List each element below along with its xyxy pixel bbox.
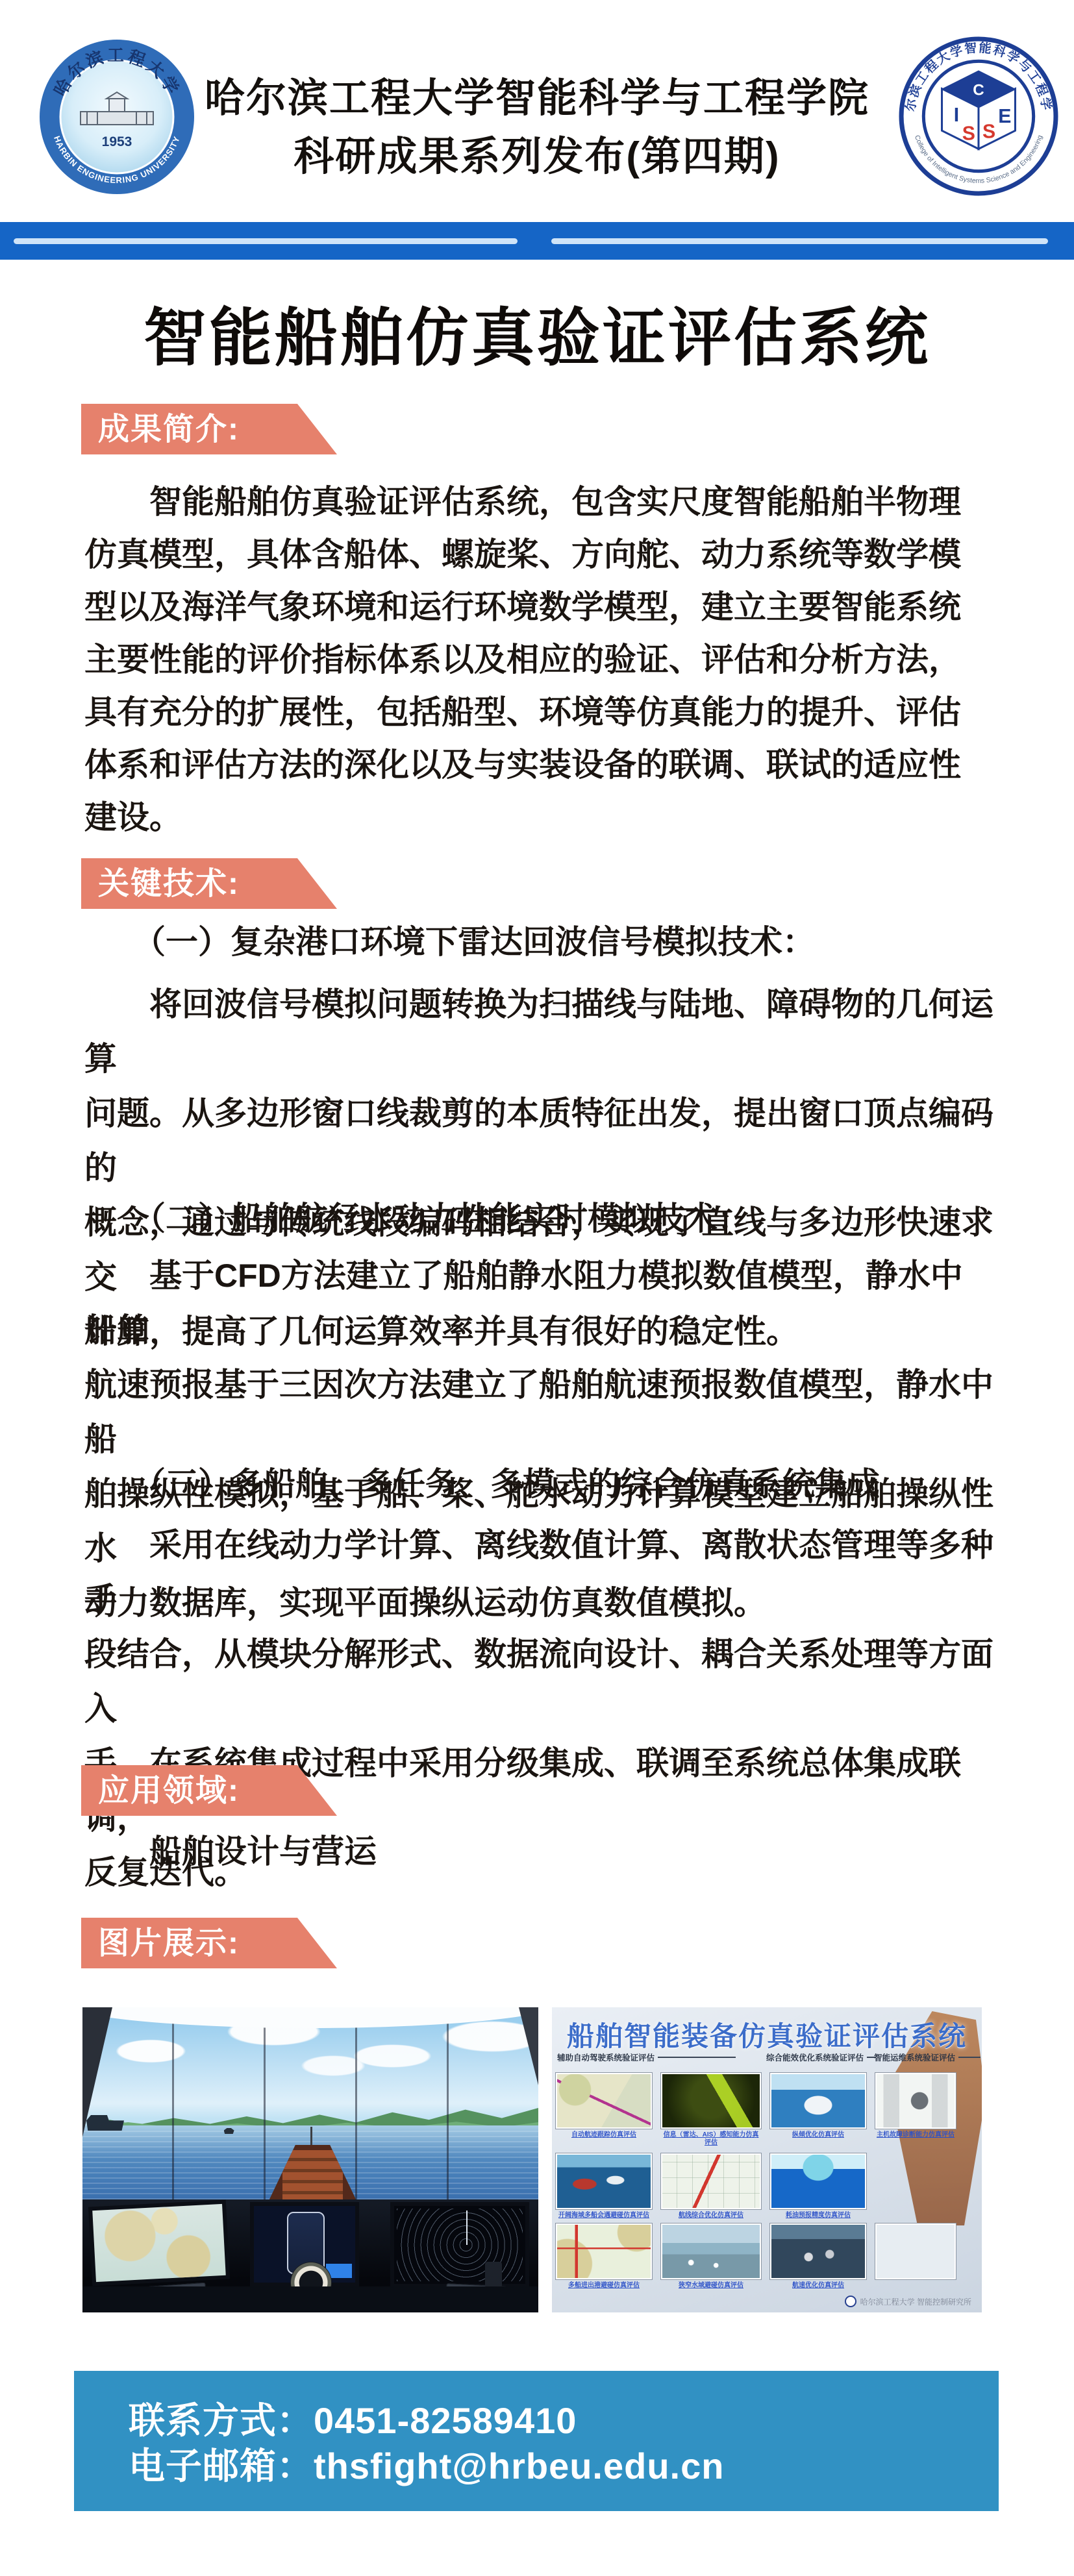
subposter-title: 船舶智能装备仿真验证评估系统	[552, 2015, 982, 2054]
poster-page: 哈尔滨工程大学 1953 HARBIN ENGINEERING UNIVERSI…	[0, 0, 1074, 2576]
thumb-cell: 开阔海域多船会遇避碰仿真评估	[555, 2153, 653, 2220]
screen-panel-seams	[82, 2007, 538, 2199]
empty-caption	[875, 2280, 956, 2282]
ships-at-sea-thumbnail	[555, 2153, 653, 2210]
thumbnail-caption: 航线综合优化仿真评估	[660, 2210, 762, 2220]
console-desk	[82, 2286, 538, 2312]
divider-line-left	[14, 238, 518, 244]
bridge-console	[82, 2199, 538, 2312]
thumb-cell: 主机故障诊断能力仿真评估	[875, 2072, 956, 2147]
thumbnail-caption: 主机故障诊断能力仿真评估	[875, 2129, 956, 2139]
tech-heading-1: （一）复杂港口环境下雷达回波信号模拟技术：	[84, 922, 993, 962]
harbor-chart-thumbnail	[555, 2223, 653, 2280]
subposter-column-header-1: 辅助自动驾驶系统验证评估	[557, 2051, 736, 2063]
empty-bordered-box	[875, 2223, 956, 2280]
harbor-photo-thumbnail	[660, 2223, 762, 2280]
background-gap	[875, 2153, 956, 2210]
ecdis-monitor	[88, 2200, 230, 2286]
bridge-simulator-photo	[82, 2007, 538, 2312]
section-label-key-tech: 关键技术:	[81, 858, 337, 909]
thumbnail-caption: 耗油预报精度仿真评估	[769, 2210, 867, 2220]
radar-rings	[397, 2209, 523, 2281]
cube-letter-s1: S	[962, 123, 975, 144]
section-label-intro: 成果简介:	[81, 404, 337, 454]
bracket-line	[658, 2057, 736, 2058]
thumb-cell: 航线综合优化仿真评估	[660, 2153, 762, 2220]
college-logo-icon: 哈尔滨工程大学智能科学与工程学院 College of Intelligent …	[899, 36, 1058, 196]
ship-deck-thumbnail	[769, 2223, 867, 2280]
chart-thumbnail	[555, 2072, 653, 2129]
subposter-row-1: 自动航迹跟踪仿真评估 信息（雷达、AIS）感知能力仿真评估 纵倾优化仿真评估 主…	[555, 2072, 979, 2147]
empty-caption	[875, 2210, 956, 2212]
subposter-column-header-3: 智能运维系统验证评估	[874, 2051, 980, 2063]
thumb-cell: 信息（雷达、AIS）感知能力仿真评估	[660, 2072, 762, 2147]
tech-heading-3: （三）多船舶、多任务、多模式的综合仿真系统集成	[84, 1464, 993, 1504]
ecdis-chart-screen	[92, 2204, 225, 2282]
college-logo: 哈尔滨工程大学智能科学与工程学院 College of Intelligent …	[899, 36, 1058, 196]
column-header-1-text: 辅助自动驾驶系统验证评估	[557, 2051, 655, 2063]
contact-phone: 联系方式：0451-82589410	[129, 2398, 999, 2444]
bracket-line	[958, 2057, 980, 2058]
radar-screen	[394, 2206, 525, 2284]
credit-text: 哈尔滨工程大学 智能控制研究所	[860, 2296, 971, 2307]
application-text: 船舶设计与营运	[84, 1826, 993, 1878]
thumbnail-caption: 航速优化仿真评估	[769, 2280, 867, 2290]
divider-band	[0, 222, 1074, 260]
thumbnail-caption: 信息（雷达、AIS）感知能力仿真评估	[660, 2129, 762, 2147]
cube-letter-i: I	[954, 105, 959, 126]
evaluation-system-subposter: 船舶智能装备仿真验证评估系统 辅助自动驾驶系统验证评估 综合能效优化系统验证评估…	[552, 2007, 982, 2312]
handset	[485, 2262, 502, 2288]
intro-paragraph: 智能船舶仿真验证评估系统，包含实尺度智能船舶半物理 仿真模型，具体含船体、螺旋桨…	[84, 476, 993, 844]
cube-letter-c: C	[973, 82, 984, 99]
column-header-2-text: 综合能效优化系统验证评估	[766, 2051, 864, 2063]
thumb-cell: 狭窄水域避碰仿真评估	[660, 2223, 762, 2290]
panorama-screen	[82, 2007, 538, 2199]
thumb-cell: 耗油预报精度仿真评估	[769, 2153, 867, 2220]
page-title: 智能船舶仿真验证评估系统	[0, 300, 1074, 377]
ship-thumbnail	[769, 2072, 867, 2129]
tech-heading-2: （二）船舶航行水动力性能实时模拟技术：	[84, 1198, 993, 1239]
subposter-row-2: 开阔海域多船会遇避碰仿真评估 航线综合优化仿真评估 耗油预报精度仿真评估	[555, 2153, 979, 2220]
mini-university-logo-icon	[845, 2296, 856, 2307]
radar-thumbnail	[660, 2072, 762, 2129]
thumb-cell: 自动航迹跟踪仿真评估	[555, 2072, 653, 2147]
section-label-gallery: 图片展示:	[81, 1918, 337, 1968]
cube-letter-e: E	[998, 106, 1011, 127]
column-header-3-text: 智能运维系统验证评估	[874, 2051, 955, 2063]
diagram-thumbnail	[875, 2072, 956, 2129]
subposter-row-3: 多船进出港避碰仿真评估 狭窄水域避碰仿真评估 航速优化仿真评估	[555, 2223, 979, 2290]
subposter-column-header-2: 综合能效优化系统验证评估	[766, 2051, 876, 2063]
thumbnail-caption: 纵倾优化仿真评估	[769, 2129, 867, 2139]
section-label-application: 应用领域:	[81, 1765, 337, 1816]
radar-sweep	[466, 2211, 468, 2245]
thumb-cell: 航速优化仿真评估	[769, 2223, 867, 2290]
thumb-cell: 多船进出港避碰仿真评估	[555, 2223, 653, 2290]
subposter-credit: 哈尔滨工程大学 智能控制研究所	[845, 2296, 971, 2307]
thumbnail-caption: 开阔海域多船会遇避碰仿真评估	[555, 2210, 653, 2220]
thumb-cell-empty	[875, 2153, 956, 2220]
thumb-cell-empty-box	[875, 2223, 956, 2290]
thumb-cell: 纵倾优化仿真评估	[769, 2072, 867, 2147]
contact-footer: 联系方式：0451-82589410 电子邮箱：thsfight@hrbeu.e…	[74, 2371, 999, 2511]
thumbnail-caption: 狭窄水域避碰仿真评估	[660, 2280, 762, 2290]
divider-line-right	[551, 238, 1048, 244]
thumbnail-caption: 多船进出港避碰仿真评估	[555, 2280, 653, 2290]
radar-monitor	[390, 2202, 529, 2288]
route-chart-thumbnail	[660, 2153, 762, 2210]
contact-email: 电子邮箱：thsfight@hrbeu.edu.cn	[129, 2444, 999, 2489]
thumbnail-caption: 自动航迹跟踪仿真评估	[555, 2129, 653, 2139]
schematic-thumbnail	[769, 2153, 867, 2210]
cube-letter-s2: S	[982, 121, 995, 142]
